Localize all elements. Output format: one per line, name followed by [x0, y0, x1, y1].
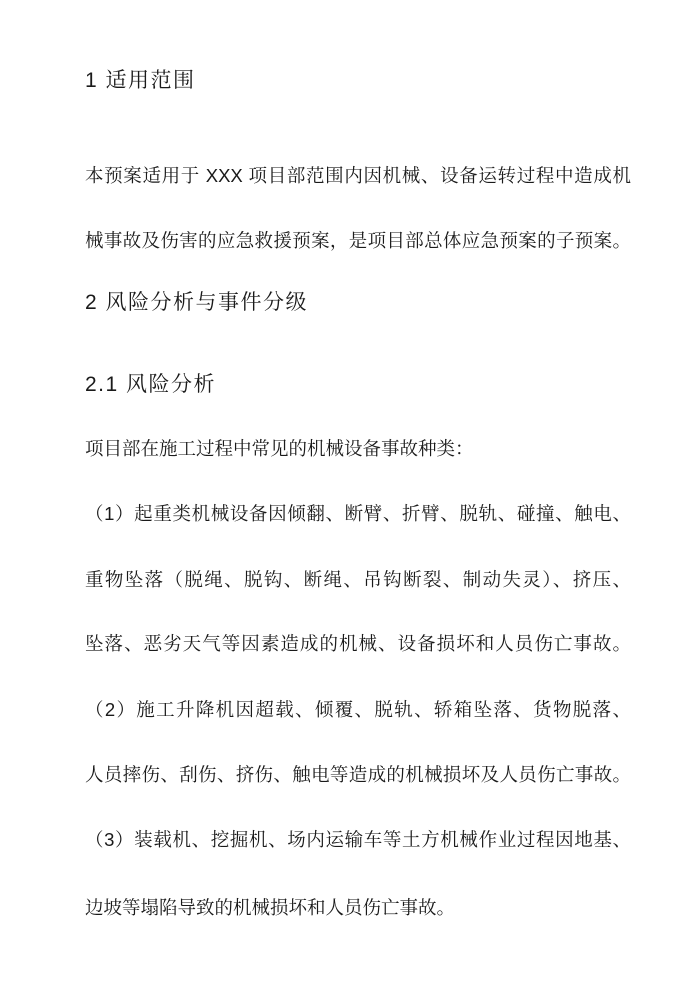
risk-item-1-line-2: 重物坠落（脱绳、脱钩、断绳、吊钩断裂、制动失灵）、挤压、 [85, 566, 631, 594]
section-2-heading: 2 风险分析与事件分级 [85, 289, 631, 317]
section-1-paragraph-line-2: 械事故及伤害的应急救援预案，是项目部总体应急预案的子预案。 [85, 227, 631, 255]
risk-item-3-line-2: 边坡等塌陷导致的机械损坏和人员伤亡事故。 [85, 894, 631, 922]
risk-item-1-line-3: 坠落、恶劣天气等因素造成的机械、设备损坏和人员伤亡事故。 [85, 630, 631, 658]
section-1-heading: 1 适用范围 [85, 67, 631, 95]
risk-item-2-line-2: 人员摔伤、刮伤、挤伤、触电等造成的机械损坏及人员伤亡事故。 [85, 761, 631, 789]
risk-item-3-line-1: （3）装载机、挖掘机、场内运输车等土方机械作业过程因地基、 [85, 826, 631, 854]
risk-item-2-line-1: （2）施工升降机因超载、倾覆、脱轨、轿箱坠落、货物脱落、 [85, 696, 631, 724]
section-1-paragraph-line-1: 本预案适用于 XXX 项目部范围内因机械、设备运转过程中造成机 [85, 162, 631, 190]
document-page: 1 适用范围 本预案适用于 XXX 项目部范围内因机械、设备运转过程中造成机 械… [0, 0, 700, 990]
risk-intro-line: 项目部在施工过程中常见的机械设备事故种类： [85, 435, 631, 463]
risk-item-1-line-1: （1）起重类机械设备因倾翻、断臂、折臂、脱轨、碰撞、触电、 [85, 500, 631, 528]
subsection-2-1-heading: 2.1 风险分析 [85, 371, 631, 399]
